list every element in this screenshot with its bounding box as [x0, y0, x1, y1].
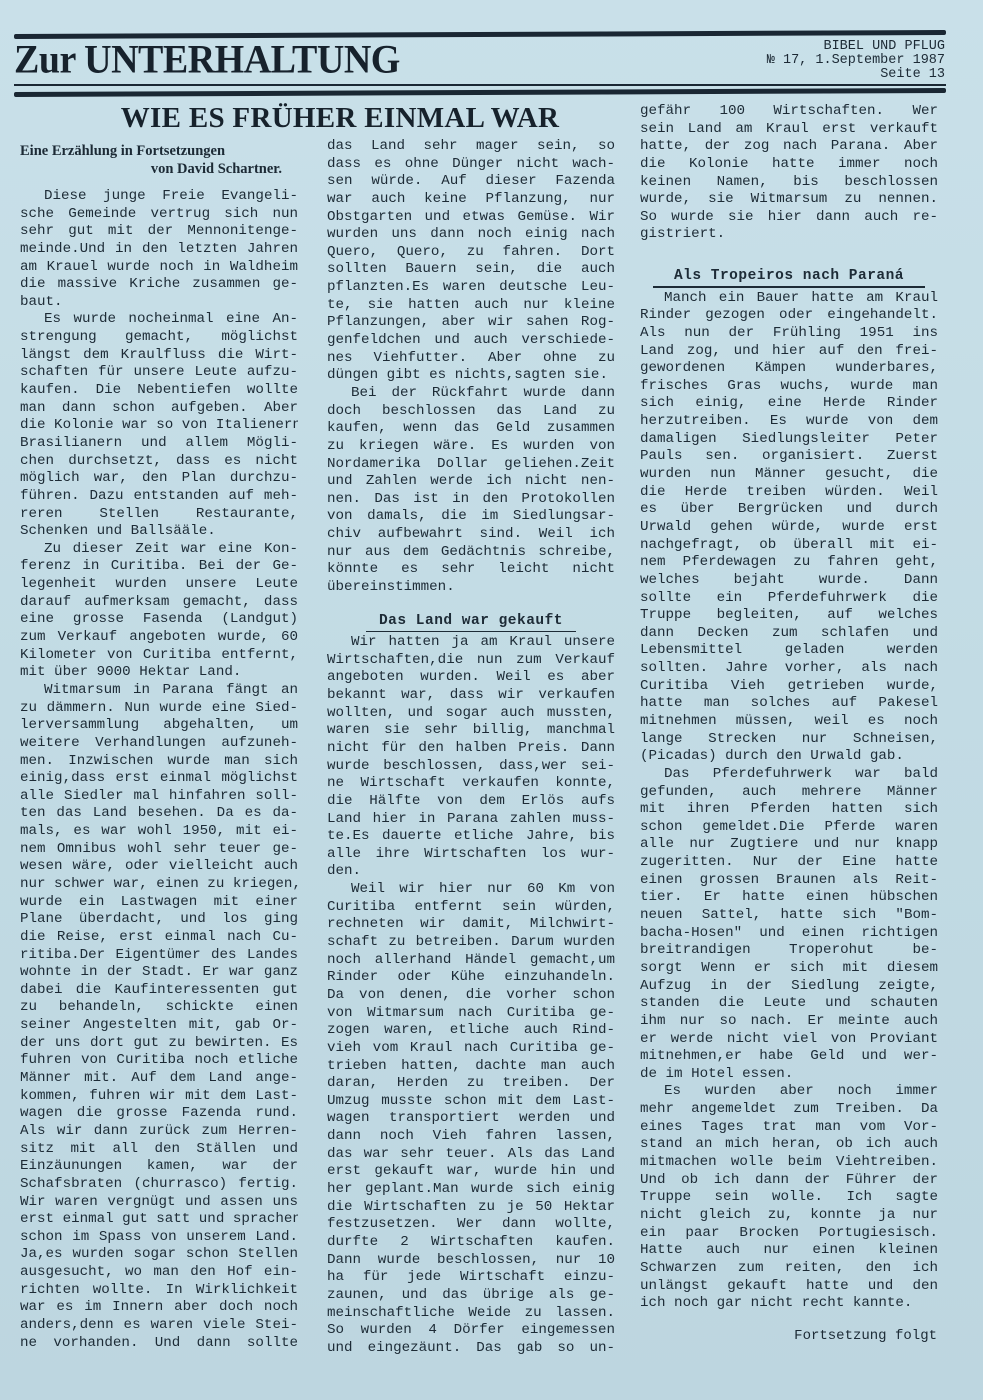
text-line: chen durchsetzt, dass es nicht	[20, 453, 298, 471]
text-line: war auch keine Pflanzung, nur	[327, 191, 615, 209]
text-line: gewordenen Kämpen wunderbares,	[640, 360, 938, 378]
text-line: chiv aufbewahrt sind. Weil ich	[327, 526, 615, 544]
text-line: kommen, fuhren wir mit dem Last-	[20, 1088, 298, 1106]
text-line: trieben hatten, dachte man auch	[327, 1058, 615, 1076]
subheading-underline	[653, 286, 925, 288]
text-line: wohnte in der Stadt. Er war ganz	[20, 964, 298, 982]
text-line: noch allerhand Händel gemacht,um	[327, 952, 615, 970]
text-line: schon gemeldet.Die Pferde waren	[640, 819, 938, 837]
text-line: dass es ohne Dünger nicht wach-	[327, 156, 615, 174]
text-line: Zu dieser Zeit war eine Kon-	[20, 541, 298, 559]
text-line: Da von denen, die vorher schon	[327, 987, 615, 1005]
text-line: am Krauel wurde noch in Waldheim	[20, 259, 298, 277]
text-line: alle Siedler mal hinfahren soll-	[20, 788, 298, 806]
text-line: te, sie hatten auch nur kleine	[327, 297, 615, 315]
text-line: man dann schon aufgeben. Aber	[20, 400, 298, 418]
text-line: alle nur Zugtiere und nur knapp	[640, 836, 938, 854]
text-line: Schwarzen zum reiten, den ich	[640, 1260, 938, 1278]
text-line: Wir hatten ja am Kraul unsere	[327, 634, 615, 652]
section-title: Zur UNTERHALTUNG	[14, 37, 400, 83]
text-line: nicht für den halben Preis. Dann	[327, 740, 615, 758]
text-line: richten wollte. In Wirklichkeit	[20, 1282, 298, 1300]
byline-subtitle: Eine Erzählung in Fortsetzungen	[20, 142, 290, 160]
text-line: te.Es dauerte etliche Jahre, bis	[327, 828, 615, 846]
text-line: wagen die grosse Fazenda rund.	[20, 1105, 298, 1123]
text-line: men. Inzwischen wurde man sich	[20, 753, 298, 771]
text-line: gistriert.	[640, 226, 938, 244]
text-line: angeboten wurden. Weil es aber	[327, 669, 615, 687]
text-line: Witmarsum in Parana fängt an	[20, 682, 298, 700]
article-column-1: Diese junge Freie Evangeli-sche Gemeinde…	[20, 188, 298, 1352]
text-line: wurde, sie Witmarsum zu nennen.	[640, 191, 938, 209]
text-line: die Kolonie war so von Italienern	[20, 417, 298, 435]
article-byline: Eine Erzählung in Fortsetzungen von Davi…	[20, 142, 290, 178]
text-line: sorgt Wenn er sich mit diesem	[640, 960, 938, 978]
text-line: dann noch Vieh fahren lassen,	[327, 1128, 615, 1146]
text-line: nur aus dem Gedächtnis schreibe,	[327, 544, 615, 562]
text-line: standen die Leute und schauten	[640, 995, 938, 1013]
text-line: Lebensmittel geladen werden	[640, 642, 938, 660]
text-line: führen. Dazu entstanden auf meh-	[20, 488, 298, 506]
text-line: daran, Herden zu treiben. Der	[327, 1075, 615, 1093]
text-line: nachgefragt, ob überall mit ei-	[640, 537, 938, 555]
column-2-text-part-1: das Land sehr mager sein, sodass es ohne…	[327, 138, 615, 597]
text-line: der uns dort gut zu bewirten. Es	[20, 1035, 298, 1053]
text-line: einig,dass erst einmal möglichst	[20, 770, 298, 788]
text-line: alle ihre Wirtschaften los wur-	[327, 846, 615, 864]
text-line: Obstgarten und etwas Gemüse. Wir	[327, 209, 615, 227]
text-line: nem Omnibus wohl sehr teuer ge-	[20, 841, 298, 859]
column-3-text-part-1: gefähr 100 Wirtschaften. Wersein Land am…	[640, 103, 938, 244]
text-line: wollten, und sogar auch mussten,	[327, 705, 615, 723]
text-line: eine grosse Fasenda (Landgut)	[20, 611, 298, 629]
text-line: meinde.Und in den letzten Jahren	[20, 241, 298, 259]
text-line: das war sehr teuer. Als das Land	[327, 1146, 615, 1164]
text-line: ha für jede Wirtschaft einzu-	[327, 1269, 615, 1287]
text-line: Schafsbraten (churrasco) fertig.	[20, 1176, 298, 1194]
text-line: weitere Verhandlungen aufzuneh-	[20, 735, 298, 753]
text-line: Plane überdacht, und los ging	[20, 911, 298, 929]
text-line: Als wir dann zurück zum Herren-	[20, 1123, 298, 1141]
text-line: Kilometer von Curitiba entfernt,	[20, 647, 298, 665]
text-line: Und ob ich dann der Führer der	[640, 1172, 938, 1190]
text-line: unlängst gekauft hatte und den	[640, 1278, 938, 1296]
text-line: rechneten wir damit, Milchwirt-	[327, 916, 615, 934]
text-line: eines Tages trat man vom Vor-	[640, 1119, 938, 1137]
text-line: und eingezäunt. Das gab so un-	[327, 1340, 615, 1358]
text-line: her geplant.Man wurde sich einig	[327, 1181, 615, 1199]
subheading-underline	[366, 631, 576, 633]
text-line: Land zog, und hier auf den frei-	[640, 343, 938, 361]
text-line: mitmachen wolle beim Viehtreiben.	[640, 1154, 938, 1172]
text-line: er werde nicht viel von Proviant	[640, 1031, 938, 1049]
text-line: gefunden, auch mehrere Männer	[640, 784, 938, 802]
text-line: die Wirtschaften zu je 50 Hektar	[327, 1199, 615, 1217]
text-line: tier. Er hatte einen hübschen	[640, 889, 938, 907]
text-line: breitrandigen Troperohut be-	[640, 942, 938, 960]
text-line: keinen Namen, bis beschlossen	[640, 174, 938, 192]
text-line: Manch ein Bauer hatte am Kraul	[640, 290, 938, 308]
text-line: schaft zu betreiben. Darum wurden	[327, 934, 615, 952]
text-line: sche Gemeinde vertrug sich nun	[20, 206, 298, 224]
text-line: Pauls sen. organisiert. Zuerst	[640, 448, 938, 466]
text-line: die Hälfte von dem Erlös aufs	[327, 793, 615, 811]
text-line: sitz mit all den Ställen und	[20, 1141, 298, 1159]
text-line: erst einmal gut satt und sprachen	[20, 1211, 298, 1229]
text-line: bacha-Hosen" und einen richtigen	[640, 925, 938, 943]
text-line: baut.	[20, 294, 298, 312]
text-line: das Land sehr mager sein, so	[327, 138, 615, 156]
byline-author: von David Schartner.	[20, 160, 290, 178]
text-line: Aufzug in der Siedlung zeigte,	[640, 978, 938, 996]
text-line: strengung gemacht, möglichst	[20, 329, 298, 347]
text-line: erst gekauft war, wurde hin und	[327, 1163, 615, 1181]
text-line: sein Land am Kraul erst verkauft	[640, 121, 938, 139]
text-line: de im Hotel essen.	[640, 1066, 938, 1084]
text-line: mit ihren Pferden hatten sich	[640, 801, 938, 819]
text-line: wurden uns dann noch einig nach	[327, 226, 615, 244]
page-number: Seite 13	[767, 68, 945, 82]
text-line: Urwald gehen würde, wurde erst	[640, 519, 938, 537]
text-line: ihm nur so nach. Er meinte auch	[640, 1013, 938, 1031]
text-line: Umzug musste schon mit dem Last-	[327, 1093, 615, 1111]
text-line: ausgesucht, wo man den Hof ein-	[20, 1264, 298, 1282]
text-line: Diese junge Freie Evangeli-	[20, 188, 298, 206]
text-line: Wir waren vergnügt und assen uns	[20, 1194, 298, 1212]
text-line: doch beschlossen das Land zu	[327, 403, 615, 421]
text-line: hatte man solches auf Pakesel	[640, 695, 938, 713]
text-line: ne Wirtschaft verkaufen konnte,	[327, 775, 615, 793]
text-line: Das Pferdefuhrwerk war bald	[640, 766, 938, 784]
text-line: meinschaftliche Weide zu lassen.	[327, 1305, 615, 1323]
subheading-tropeiros: Als Tropeiros nach Paraná	[640, 266, 938, 286]
text-line: übereinstimmen.	[327, 579, 615, 597]
text-line: ein paar Brocken Portugiesisch.	[640, 1225, 938, 1243]
column-3-text-part-2: Manch ein Bauer hatte am KraulRinder gez…	[640, 290, 938, 1313]
text-line: nes Viehfutter. Aber ohne zu	[327, 350, 615, 368]
text-line: Rinder gezogen oder eingehandelt.	[640, 307, 938, 325]
text-line: ferenz in Curitiba. Bei der Ge-	[20, 558, 298, 576]
masthead-bottom-thick-rule	[14, 88, 946, 97]
newspaper-page: Zur UNTERHALTUNG BIBEL UND PFLUG № 17, 1…	[0, 0, 983, 1400]
text-line: darauf aufmerksam gemacht, dass	[20, 594, 298, 612]
masthead-bottom-thin-rule	[14, 84, 946, 86]
text-line: war es im Innern aber doch noch	[20, 1299, 298, 1317]
text-line: genfeldchen und auch verschiede-	[327, 332, 615, 350]
text-line: stand an mich heran, ob ich auch	[640, 1136, 938, 1154]
text-line: hatte, der zog nach Parana. Aber	[640, 138, 938, 156]
text-line: wesen wäre, oder vielleicht auch	[20, 858, 298, 876]
text-line: (Picadas) durch den Urwald gab.	[640, 748, 938, 766]
text-line: legenheit wurden unsere Leute	[20, 576, 298, 594]
text-line: vieh vom Kraul nach Curitiba ge-	[327, 1040, 615, 1058]
text-line: lerversammlung abgehalten, um	[20, 717, 298, 735]
text-line: zu dämmern. Nun wurde eine Sied-	[20, 700, 298, 718]
text-line: Bei der Rückfahrt wurde dann	[327, 385, 615, 403]
text-line: Wirtschaften,die nun zum Verkauf	[327, 652, 615, 670]
text-line: zugeritten. Nur der Eine hatte	[640, 854, 938, 872]
text-line: sollten Bauern sein, die auch	[327, 261, 615, 279]
text-line: sollten. Jahre vorher, als nach	[640, 660, 938, 678]
text-line: nem Pferdewagen zu fahren geht,	[640, 554, 938, 572]
text-line: Es wurden aber noch immer	[640, 1083, 938, 1101]
text-line: ten das Land besehen. Da es da-	[20, 805, 298, 823]
text-line: Brasilianern und allem Mögli-	[20, 435, 298, 453]
text-line: sich einig, eine Herde Rinder	[640, 395, 938, 413]
text-line: von Witmarsum nach Curitiba ge-	[327, 1005, 615, 1023]
text-line: dann Decken zum schlafen und	[640, 625, 938, 643]
text-line: sollte ein Pferdefuhrwerk die	[640, 590, 938, 608]
text-line: Rinder oder Kühe einzuhandeln.	[327, 969, 615, 987]
text-line: Ja,es wurden sogar schon Stellen	[20, 1246, 298, 1264]
text-line: mehr angemeldet zum Treiben. Da	[640, 1101, 938, 1119]
text-line: Weil wir hier nur 60 Km von	[327, 881, 615, 899]
text-line: bekannt war, dass wir verkaufen	[327, 687, 615, 705]
text-line: Hatte auch nur einen kleinen	[640, 1242, 938, 1260]
text-line: ich noch gar nicht recht kannte.	[640, 1295, 938, 1313]
text-line: durfte 2 Wirtschaften kaufen.	[327, 1234, 615, 1252]
text-line: düngen gibt es nichts,sagten sie.	[327, 367, 615, 385]
text-line: möglich war, den Plan durchzu-	[20, 470, 298, 488]
text-line: längst dem Kraulfluss die Wirt-	[20, 347, 298, 365]
text-line: frisches Gras wuchs, wurde man	[640, 378, 938, 396]
text-line: zum Verkauf angeboten wurde, 60	[20, 629, 298, 647]
text-line: gefähr 100 Wirtschaften. Wer	[640, 103, 938, 121]
text-line: zogen waren, etliche auch Rind-	[327, 1022, 615, 1040]
text-line: Es wurde nocheinmal eine An-	[20, 311, 298, 329]
text-line: reren Stellen Restaurante,	[20, 506, 298, 524]
text-line: kaufen. Die Nebentiefen wollte	[20, 382, 298, 400]
text-line: seiner Angestelten mit, gab Or-	[20, 1017, 298, 1035]
text-line: zu kriegen wäre. Es wurden von	[327, 438, 615, 456]
text-line: kaufen, wenn das Geld zusammen	[327, 420, 615, 438]
text-line: welches bejaht wurde. Dann	[640, 572, 938, 590]
text-line: Truppe sein wolle. Ich sagte	[640, 1189, 938, 1207]
text-line: nen. Das ist in den Protokollen	[327, 491, 615, 509]
text-line: wurde ein Lastwagen mit einer	[20, 894, 298, 912]
text-line: Quero, Quero, zu fahren. Dort	[327, 244, 615, 262]
text-line: Curitiba entfernt sein würden,	[327, 899, 615, 917]
text-line: einen grossen Braunen als Reit-	[640, 872, 938, 890]
text-line: nur schwer war, einen zu kriegen,	[20, 876, 298, 894]
text-line: die Reise, erst einmal nach Cu-	[20, 929, 298, 947]
article-headline: WIE ES FRÜHER EINMAL WAR	[60, 102, 620, 135]
text-line: Nordamerika Dollar geliehen.Zeit	[327, 456, 615, 474]
text-line: nicht gleich zu, konnte ja nur	[640, 1207, 938, 1225]
text-line: den.	[327, 863, 615, 881]
text-line: Männer mit. Auf dem Land ange-	[20, 1070, 298, 1088]
issue-date: № 17, 1.September 1987	[767, 54, 945, 68]
article-column-3: gefähr 100 Wirtschaften. Wersein Land am…	[640, 103, 938, 1313]
column-2-text-part-2: Wir hatten ja am Kraul unsereWirtschafte…	[327, 634, 615, 1357]
text-line: Schenken und Ballsääle.	[20, 523, 298, 541]
publication-name: BIBEL UND PFLUG	[767, 40, 945, 54]
text-line: fuhren von Curitiba noch etliche	[20, 1052, 298, 1070]
text-line: Land hier in Parana zahlen muss-	[327, 811, 615, 829]
text-line: So wurde sie hier dann auch re-	[640, 209, 938, 227]
text-line: mitnehmen,er habe Geld und wer-	[640, 1048, 938, 1066]
text-line: mitnehmen müssen, weil es noch	[640, 713, 938, 731]
text-line: pflanzten.Es waren deutsche Leu-	[327, 279, 615, 297]
text-line: Truppe begleiten, auf welches	[640, 607, 938, 625]
text-line: ne vorhanden. Und dann sollte	[20, 1335, 298, 1353]
text-line: mit über 9000 Hektar Land.	[20, 664, 298, 682]
text-line: ritiba.Der Eigentümer des Landes	[20, 947, 298, 965]
text-line: dabei die Kaufinteressenten gut	[20, 982, 298, 1000]
subheading-land-gekauft: Das Land war gekauft	[327, 611, 615, 631]
text-line: Curitiba Vieh getrieben wurde,	[640, 678, 938, 696]
continuation-note: Fortsetzung folgt	[794, 1328, 937, 1344]
text-line: wurde beschlossen, dass,wer sei-	[327, 758, 615, 776]
text-line: sen würde. Auf dieser Fazenda	[327, 173, 615, 191]
text-line: die Kolonie hatte immer noch	[640, 156, 938, 174]
text-line: Pflanzungen, aber wir sahen Rog-	[327, 314, 615, 332]
text-line: die Herde treiben würden. Weil	[640, 484, 938, 502]
text-line: schaften für unsere Leute aufzu-	[20, 364, 298, 382]
text-line: wagen transportiert werden und	[327, 1110, 615, 1128]
text-line: lange Strecken nur Schneisen,	[640, 731, 938, 749]
article-column-2: das Land sehr mager sein, sodass es ohne…	[327, 138, 615, 1357]
text-line: es über Bergrücken und durch	[640, 501, 938, 519]
text-line: waren sie sehr billig, manchmal	[327, 722, 615, 740]
text-line: schon im Spass von unserem Land.	[20, 1229, 298, 1247]
text-line: von damals, die im Siedlungsar-	[327, 508, 615, 526]
text-line: festzusetzen. Wer dann wollte,	[327, 1216, 615, 1234]
text-line: herzutreiben. Es wurde von dem	[640, 413, 938, 431]
text-line: die massive Kriche zusammen ge-	[20, 276, 298, 294]
text-line: zu behandeln, schickte einen	[20, 999, 298, 1017]
text-line: neuen Sattel, hatte sich "Bom-	[640, 907, 938, 925]
text-line: damaligen Siedlungsleiter Peter	[640, 431, 938, 449]
text-line: und Zahlen werde ich nicht nen-	[327, 473, 615, 491]
text-line: So wurden 4 Dörfer eingemessen	[327, 1322, 615, 1340]
text-line: Als nun der Frühling 1951 ins	[640, 325, 938, 343]
text-line: mals, es war wohl 1950, mit ei-	[20, 823, 298, 841]
text-line: wurden nun Männer gesucht, die	[640, 466, 938, 484]
text-line: zaunen, und das übrige als ge-	[327, 1287, 615, 1305]
text-line: Einzäunungen kamen, war der	[20, 1158, 298, 1176]
publication-info: BIBEL UND PFLUG № 17, 1.September 1987 S…	[767, 40, 945, 82]
text-line: sehr gut mit der Mennonitenge-	[20, 223, 298, 241]
text-line: Dann wurde beschlossen, nur 10	[327, 1252, 615, 1270]
text-line: könnte es sehr leicht nicht	[327, 561, 615, 579]
text-line: anders,denn es waren viele Stei-	[20, 1317, 298, 1335]
